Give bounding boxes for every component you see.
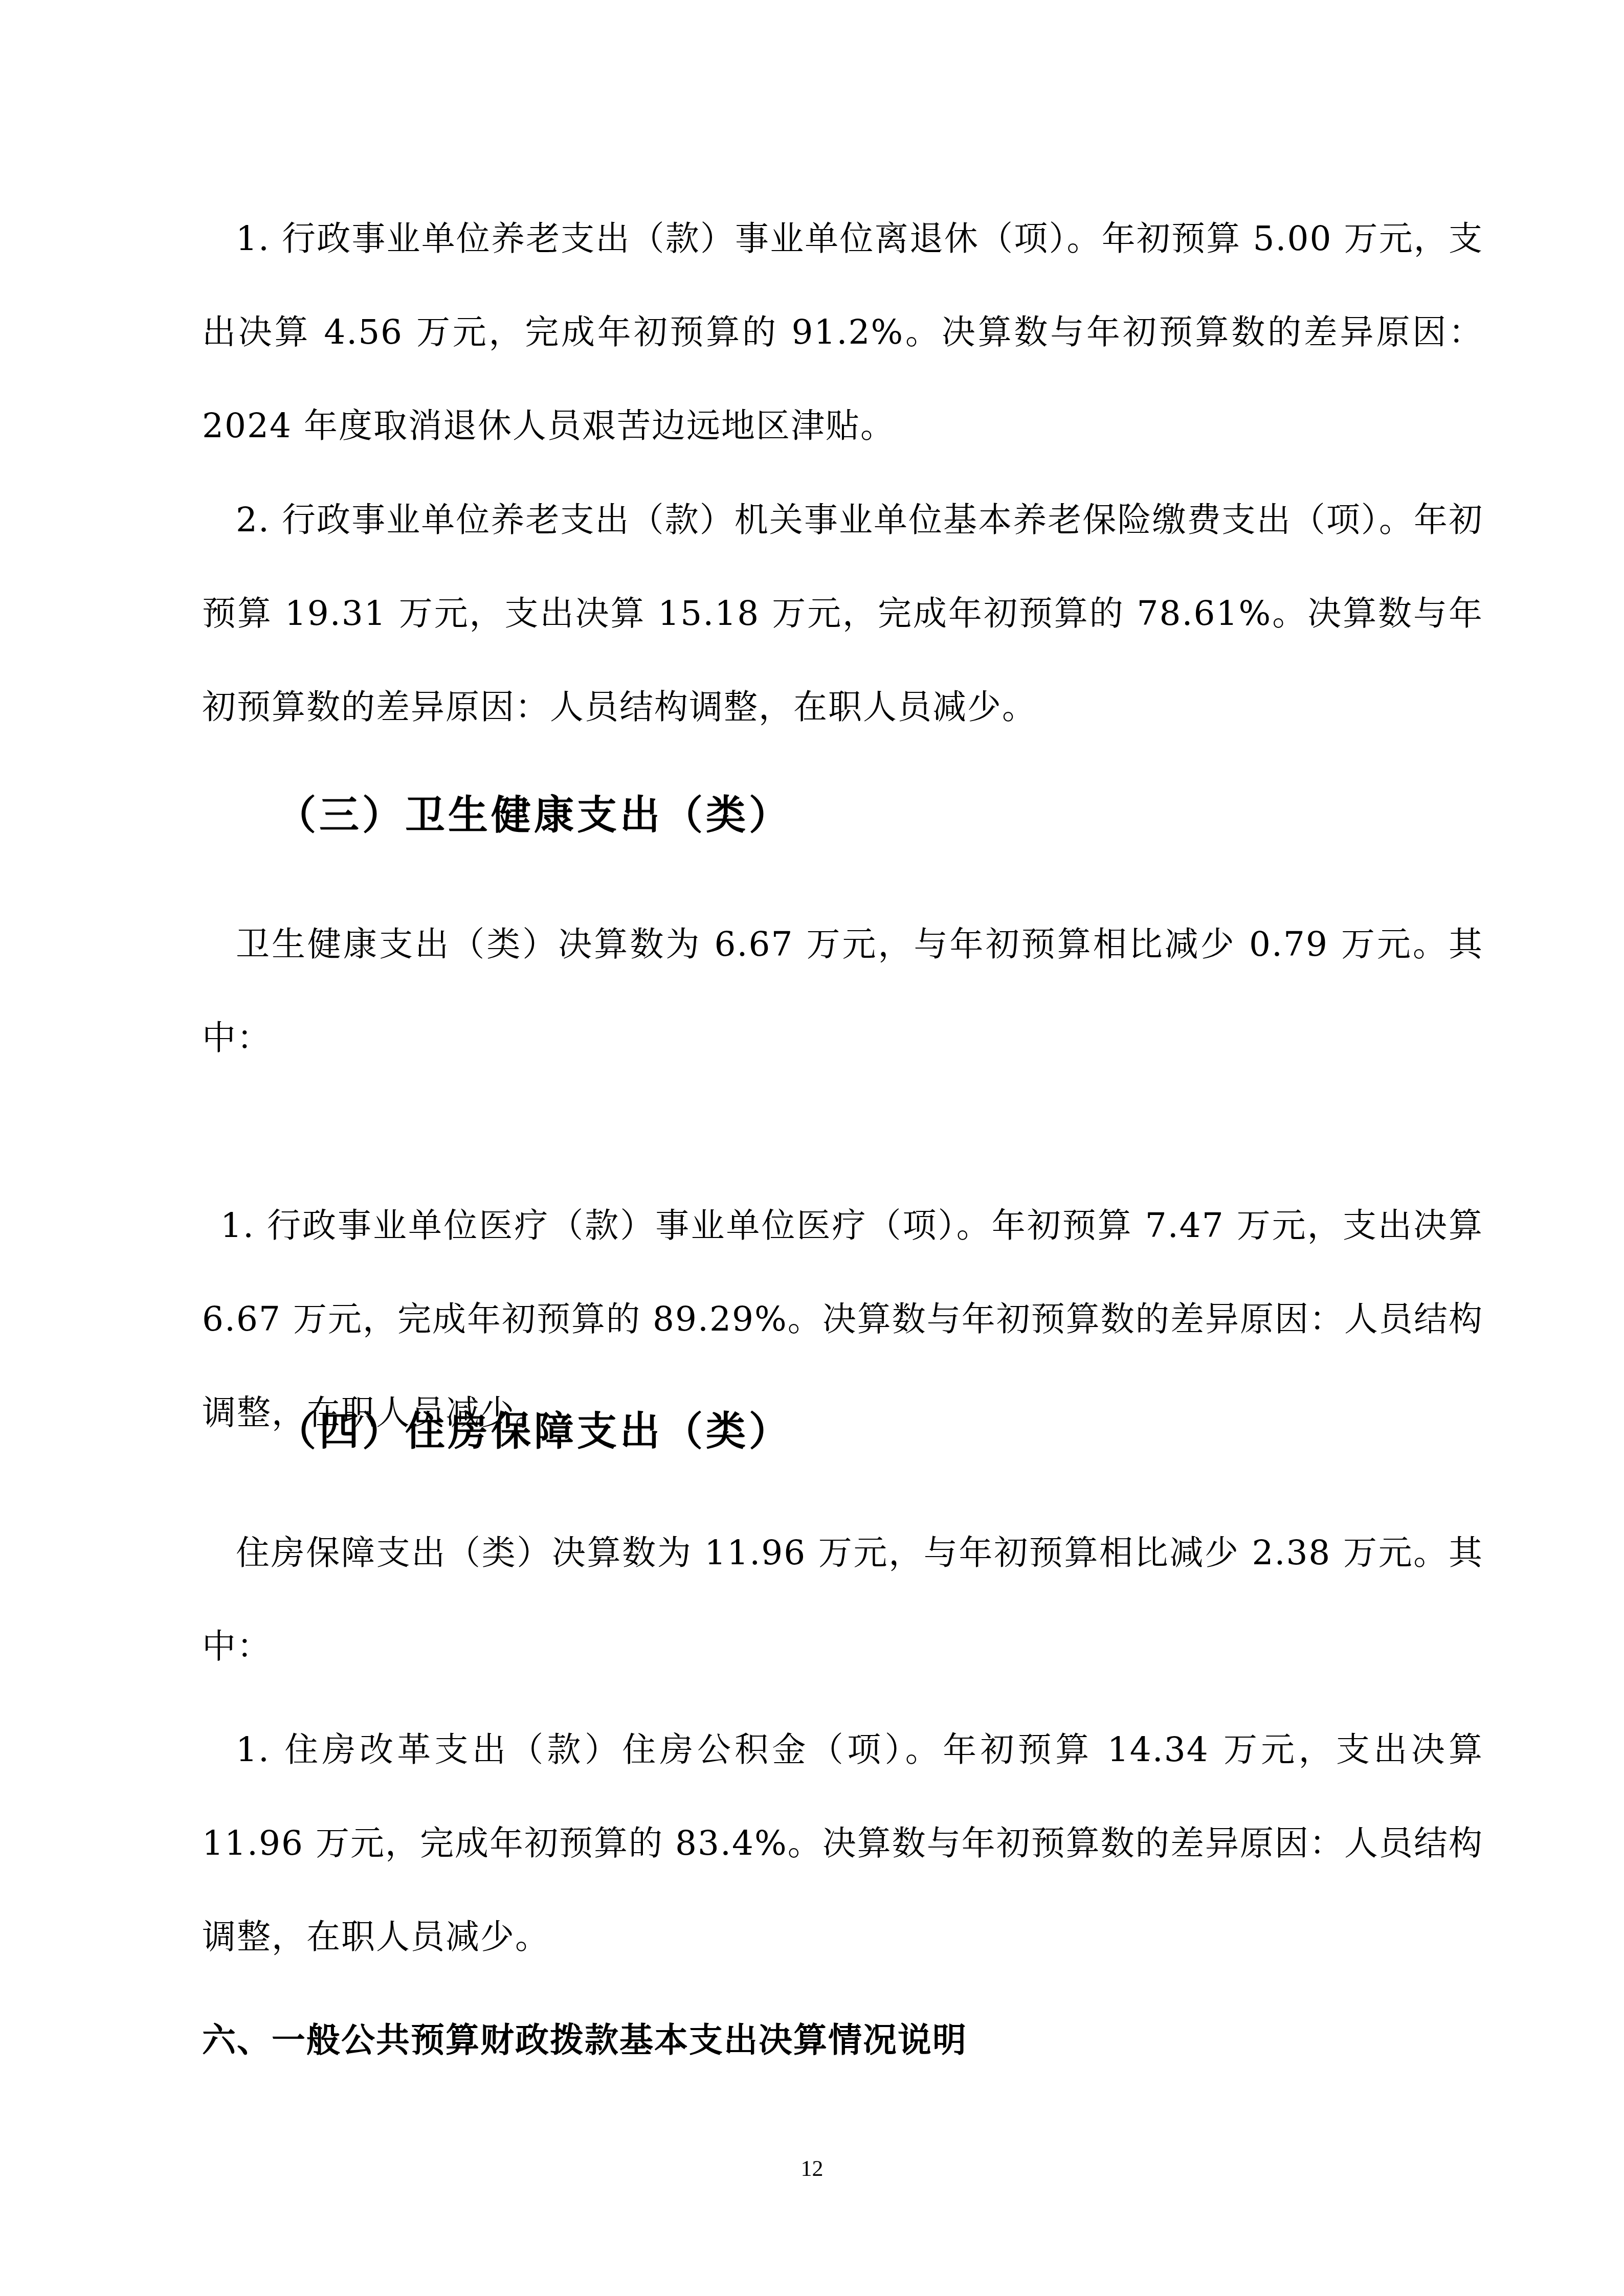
section-heading-housing: （四）住房保障支出（类） — [276, 1406, 792, 1457]
paragraph-health-summary: 卫生健康支出（类）决算数为 6.67 万元，与年初预算相比减少 0.79 万元。… — [202, 897, 1483, 1085]
chapter-heading-basic-expenditure: 六、一般公共预算财政拨款基本支出决算情况说明 — [202, 2017, 967, 2063]
page-number: 12 — [0, 2155, 1624, 2181]
paragraph-housing-fund: 1. 住房改革支出（款）住房公积金（项）。年初预算 14.34 万元，支出决算 … — [202, 1703, 1483, 1984]
paragraph-housing-summary: 住房保障支出（类）决算数为 11.96 万元，与年初预算相比减少 2.38 万元… — [202, 1506, 1483, 1693]
section-heading-health: （三）卫生健康支出（类） — [276, 790, 792, 841]
paragraph-pension-retirement: 1. 行政事业单位养老支出（款）事业单位离退休（项）。年初预算 5.00 万元，… — [202, 192, 1483, 472]
paragraph-pension-insurance: 2. 行政事业单位养老支出（款）机关事业单位基本养老保险缴费支出（项）。年初预算… — [202, 473, 1483, 754]
document-page: 1. 行政事业单位养老支出（款）事业单位离退休（项）。年初预算 5.00 万元，… — [0, 0, 1624, 2296]
